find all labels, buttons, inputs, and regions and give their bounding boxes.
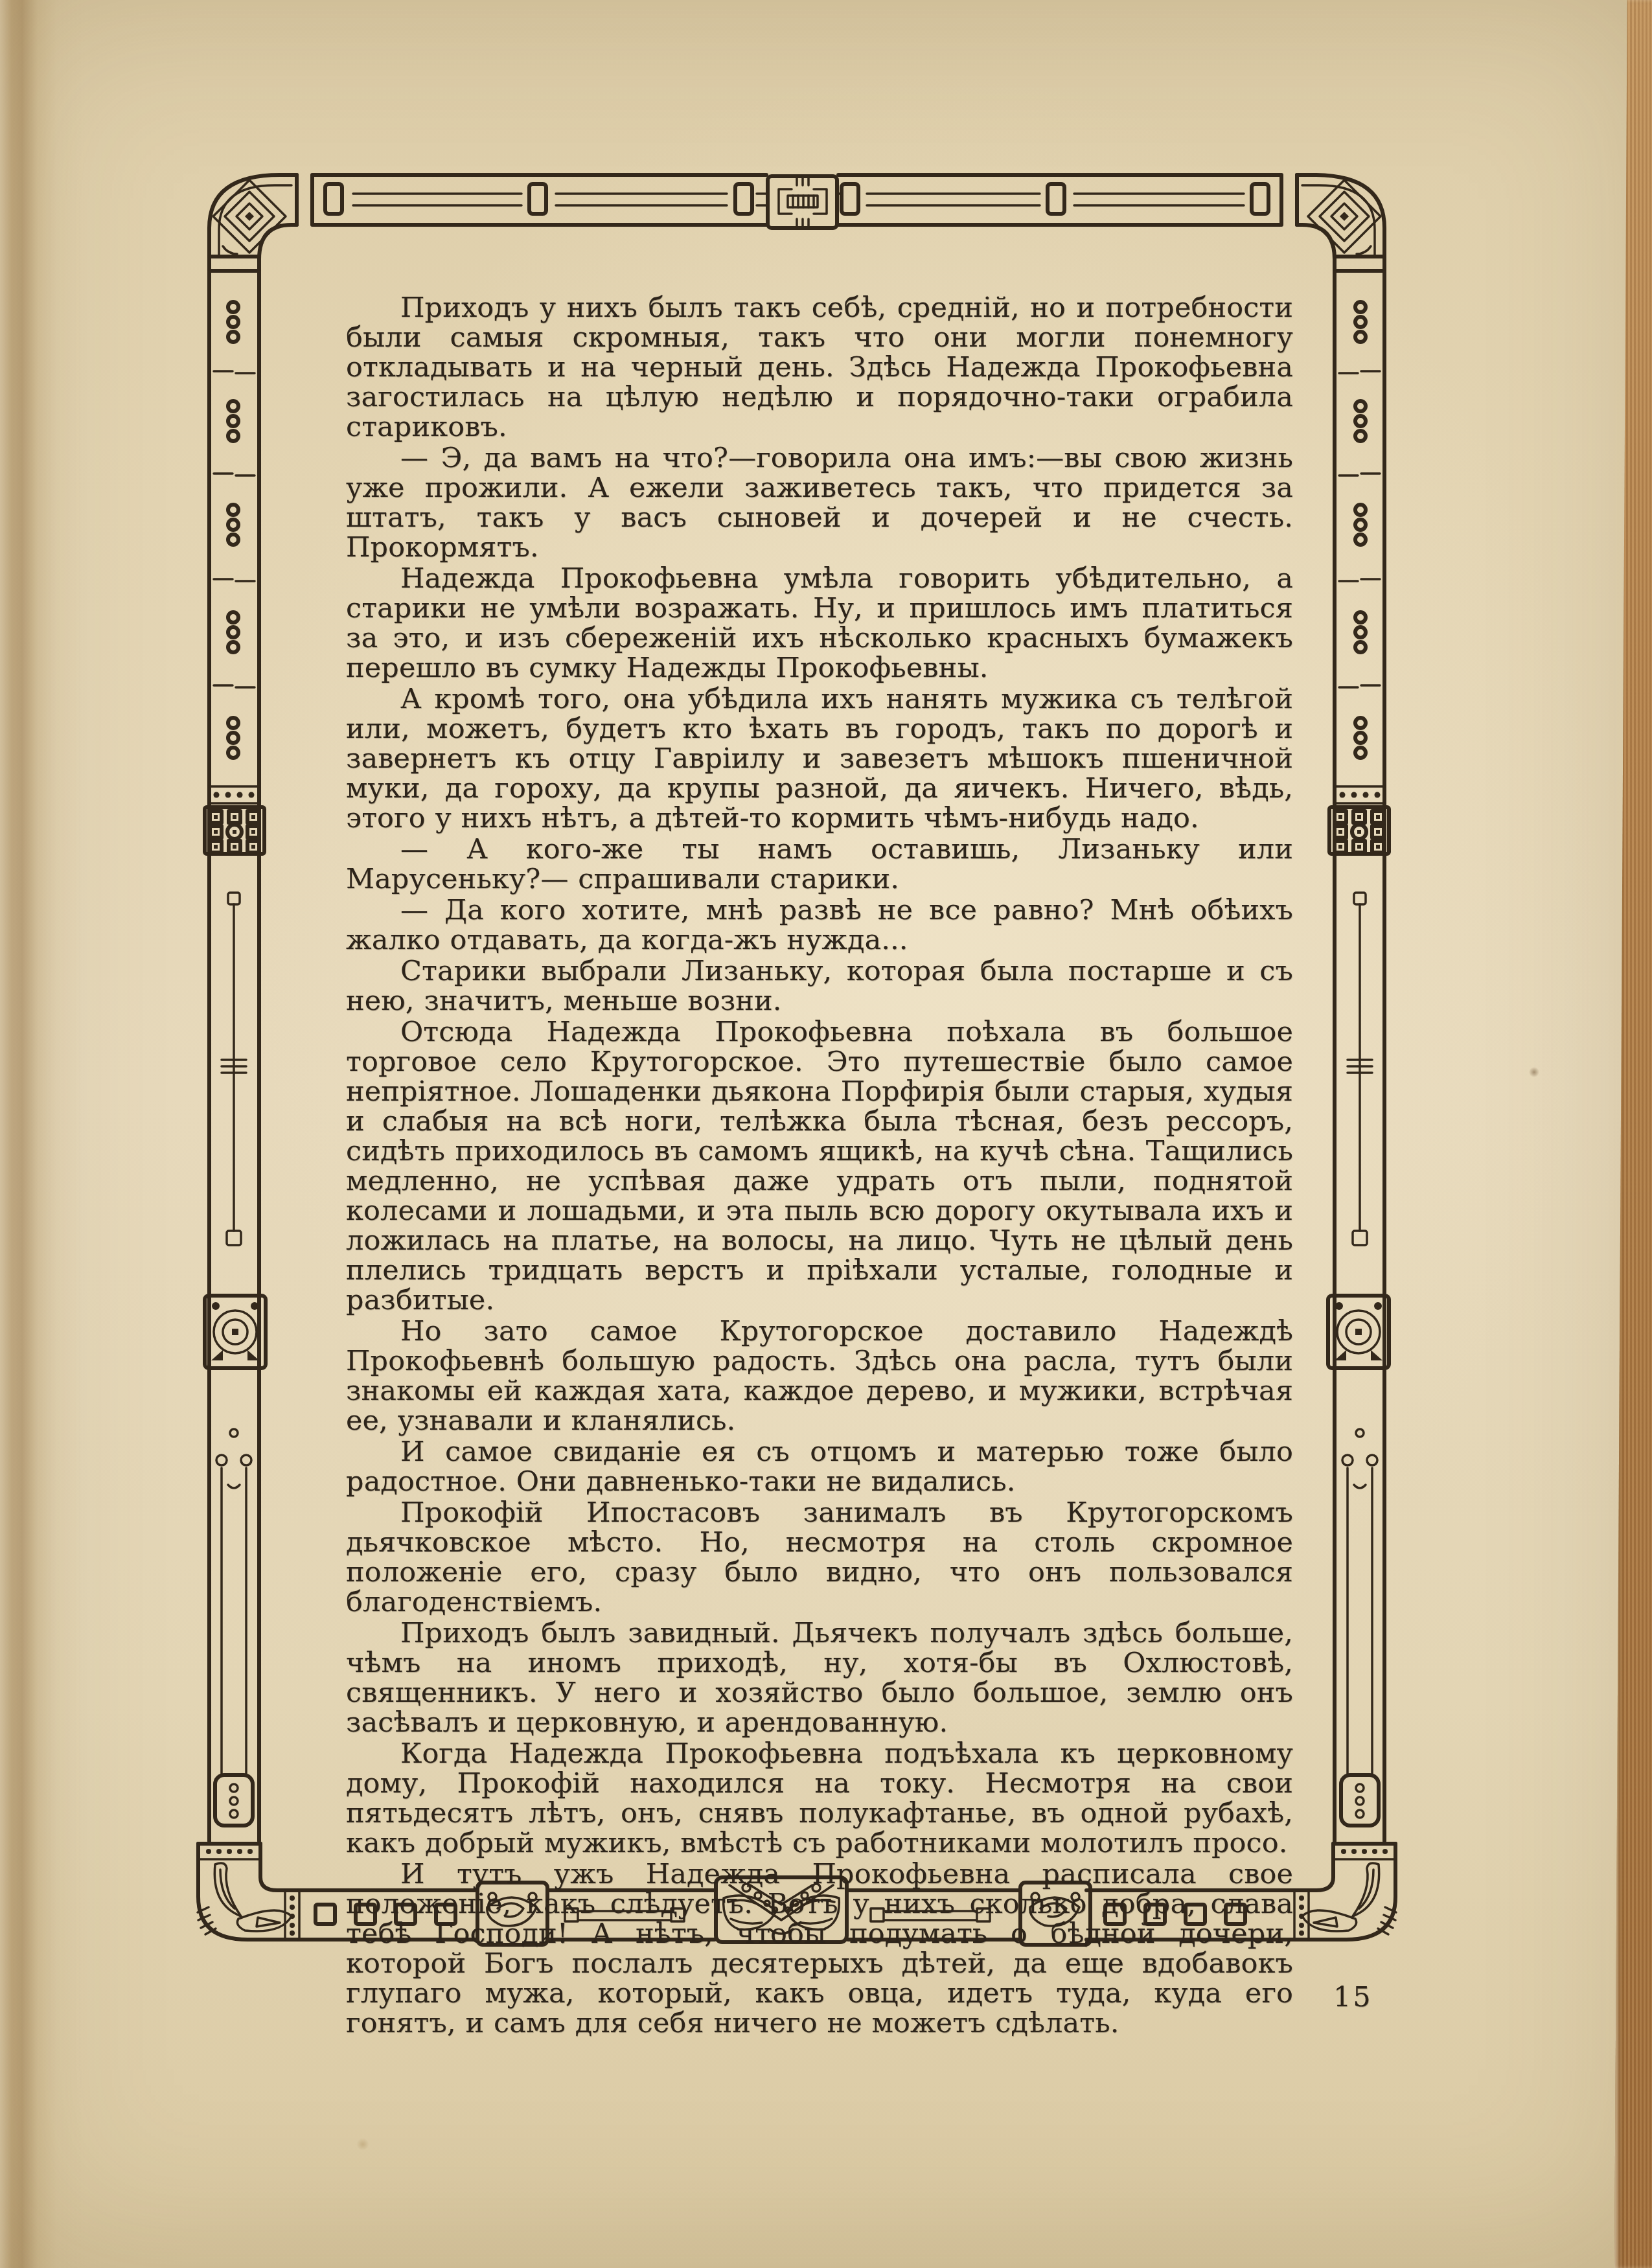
- paragraph: Но зато самое Крутогорское доставило Над…: [346, 1316, 1293, 1436]
- frame-checker-panel-icon: [205, 807, 264, 854]
- paragraph: Отсюда Надежда Прокофьевна поѣхала въ бо…: [346, 1017, 1293, 1315]
- frame-corner-top-left-icon: [209, 175, 312, 271]
- frame-corner-bottom-left-icon: [198, 1844, 299, 1940]
- page-number: 15: [1333, 1981, 1373, 2013]
- frame-corner-top-right-icon: [1281, 175, 1384, 271]
- paragraph: Старики выбрали Лизаньку, которая была п…: [346, 956, 1293, 1016]
- frame-top-center-buckle-icon: [768, 176, 837, 228]
- book-page-photo: Приходъ у нихъ былъ такъ себѣ, средній, …: [0, 0, 1652, 2268]
- frame-rosette-panel-icon: [205, 1296, 266, 1368]
- paragraph: А кромѣ того, она убѣдила ихъ нанять муж…: [346, 684, 1293, 833]
- page-text: Приходъ у нихъ былъ такъ себѣ, средній, …: [346, 293, 1293, 2039]
- frame-corner-bottom-right-icon: [1294, 1844, 1396, 1940]
- frame-left-rail: [205, 272, 266, 1841]
- paragraph: Приходъ у нихъ былъ такъ себѣ, средній, …: [346, 293, 1293, 442]
- paragraph: Надежда Прокофьевна умѣла говорить убѣди…: [346, 564, 1293, 683]
- paragraph: Приходъ былъ завидный. Дьячекъ получалъ …: [346, 1618, 1293, 1737]
- paragraph: — А кого-же ты намъ оставишь, Лизаньку и…: [346, 834, 1293, 894]
- paragraph: — Да кого хотите, мнѣ развѣ не все равно…: [346, 895, 1293, 955]
- frame-right-rail: [1328, 272, 1389, 1841]
- paragraph: И самое свиданіе ея съ отцомъ и матерью …: [346, 1437, 1293, 1496]
- paragraph: И тутъ ужъ Надежда Прокофьевна расписала…: [346, 1859, 1293, 2038]
- paragraph: Когда Надежда Прокофьевна подъѣхала къ ц…: [346, 1739, 1293, 1858]
- frame-top-rail: [314, 175, 1280, 228]
- paragraph: Прокофій Ипостасовъ занималъ въ Крутогор…: [346, 1498, 1293, 1617]
- paragraph: — Э, да вамъ на что?—говорила она имъ:—в…: [346, 443, 1293, 562]
